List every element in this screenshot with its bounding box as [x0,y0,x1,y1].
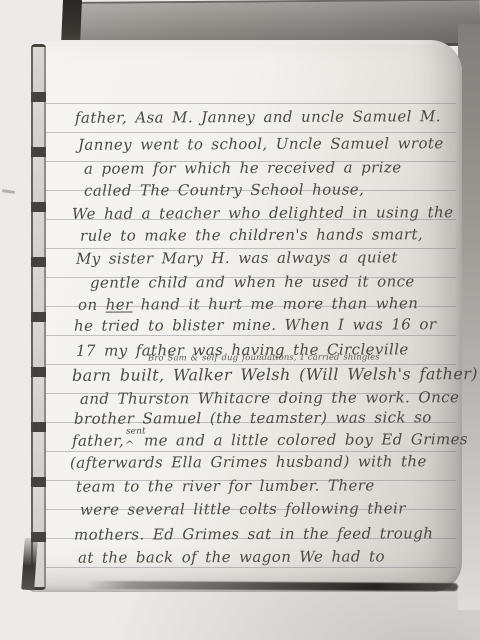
handwriting-line-16: (afterwards Ella Grimes husband) with th… [70,451,427,473]
handwriting-line-04: called The Country School house, [84,179,364,200]
handwriting-line-19: mothers. Ed Grimes sat in the feed troug… [74,523,433,545]
photo-of-notebook-page: father, Asa M. Janney and uncle Samuel M… [0,0,480,640]
line-15-pre: father, [72,432,124,450]
handwriting-line-10: he tried to blister mine. When I was 16 … [74,314,436,336]
line-15-post: me and a little colored boy Ed Grimes [136,430,468,449]
line-09-post: hand it hurt me more than when [133,294,419,313]
handwriting-line-20: at the back of the wagon We had to [78,546,385,567]
handwriting-line-17: team to the river for lumber. There [76,475,375,496]
handwriting-line-06: rule to make the children's hands smart, [80,224,423,245]
binding-stitches [31,44,46,590]
handwriting-line-13: and Thurston Whitacre doing the work. On… [80,387,459,409]
line-09-underlined-word: her [106,296,133,314]
handwriting-line-08: gentle child and when he used it once [90,271,415,292]
handwriting-line-03: a poem for which he received a prize [84,157,402,178]
handwriting-line-01: father, Asa M. Janney and uncle Samuel M… [75,106,441,128]
stray-mark [2,189,15,194]
notebook-page: father, Asa M. Janney and uncle Samuel M… [30,40,462,592]
handwriting-line-05: We had a teacher who delighted in using … [72,202,453,224]
inserted-word: sent [126,422,146,442]
interline-insertion-note: Bro Sam & self dug foundations, I carrie… [148,352,380,363]
handwriting-line-09: on her hand it hurt me more than when [78,293,418,314]
handwriting-line-07: My sister Mary H. was always a quiet [76,247,398,268]
handwriting-line-18: were several little colts following thei… [80,498,406,519]
line-09-pre: on [78,296,106,314]
handwriting-line-02: Janney went to school, Uncle Samuel wrot… [78,133,444,155]
handwriting-line-12: barn built, Walker Welsh (Will Welsh's f… [72,364,478,386]
